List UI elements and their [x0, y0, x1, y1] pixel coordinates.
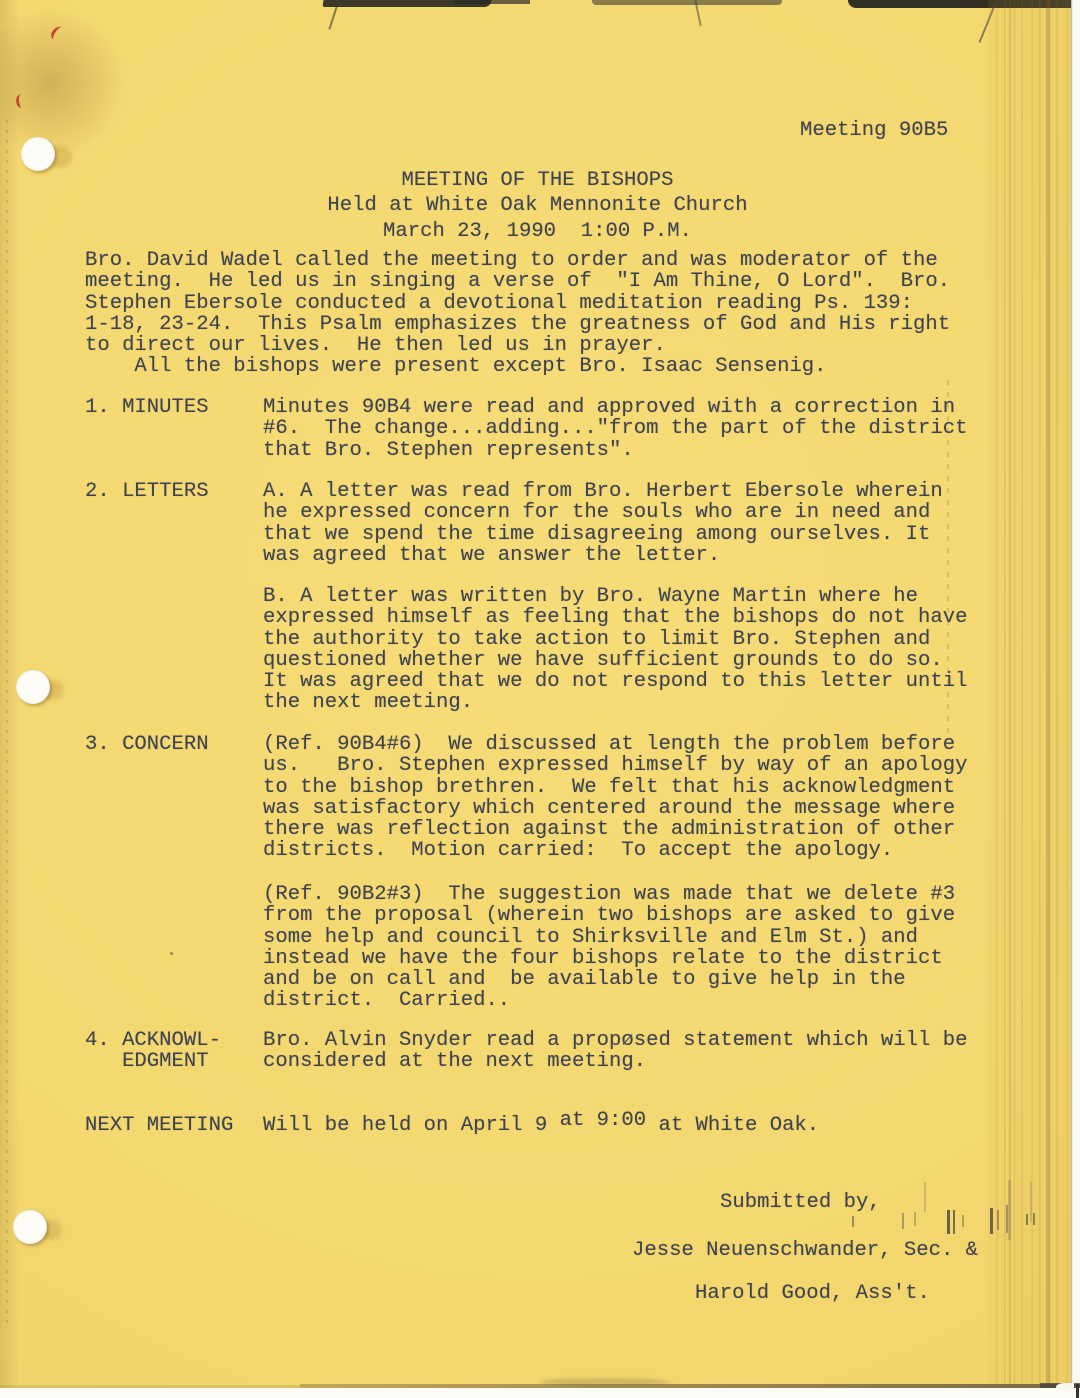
right-page-edge: [1071, 0, 1080, 1386]
right-scan-streaks: [988, 0, 1072, 1388]
ink-mark: [962, 1215, 964, 1227]
ink-mark: [953, 1210, 955, 1234]
next-meeting-text-raised: at 9:00: [560, 1109, 647, 1132]
ink-mark: [914, 1212, 916, 1226]
section-concern-paragraph-1: (Ref. 90B4#6) We discussed at length the…: [263, 734, 967, 862]
signature-submitted-by: Submitted by,: [720, 1192, 881, 1213]
ink-mark: [997, 1210, 999, 1230]
section-concern-paragraph-2: (Ref. 90B2#3) The suggestion was made th…: [263, 884, 955, 1012]
ink-mark: [852, 1216, 854, 1227]
next-meeting-text: Will be held on April 9 at 9:00 at White…: [263, 1115, 819, 1136]
punch-hole: [16, 670, 50, 704]
section-letters-paragraph-b: B. A letter was written by Bro. Wayne Ma…: [263, 586, 967, 714]
section-acknowledgment-text: Bro. Alvin Snyder read a propøsed statem…: [263, 1030, 967, 1073]
next-meeting-text-after: at White Oak.: [646, 1114, 819, 1137]
section-acknowledgment-label: 4. ACKNOWL- EDGMENT: [85, 1030, 263, 1073]
ink-mark: [1026, 1214, 1028, 1225]
document-title: MEETING OF THE BISHOPS Held at White Oak…: [85, 168, 990, 244]
top-edge-smudge: [455, 0, 530, 4]
signature-secretary: Jesse Neuenschwander, Sec. &: [632, 1240, 978, 1261]
left-edge-shade: [0, 0, 20, 1398]
section-minutes-text: Minutes 90B4 were read and approved with…: [263, 397, 967, 461]
section-letters-paragraph-a: A. A letter was read from Bro. Herbert E…: [263, 481, 943, 566]
next-meeting-text-before: Will be held on April 9: [263, 1114, 560, 1137]
next-meeting: NEXT MEETING Will be held on April 9 at …: [85, 1115, 819, 1136]
punch-hole: [21, 137, 55, 171]
ink-streak: [1008, 1180, 1011, 1240]
next-meeting-label: NEXT MEETING: [85, 1115, 263, 1136]
section-concern-label-spacer: [85, 884, 263, 1012]
bottom-white-strip: [0, 1388, 1080, 1398]
section-letters-continued: B. A letter was written by Bro. Wayne Ma…: [85, 586, 967, 714]
red-pen-mark: [15, 93, 28, 108]
top-edge-smudge: [592, 0, 782, 5]
ink-streak: [924, 1182, 926, 1212]
ink-mark: [990, 1208, 993, 1234]
section-acknowledgment: 4. ACKNOWL- EDGMENT Bro. Alvin Snyder re…: [85, 1030, 967, 1073]
bottom-corner-white: [1056, 1383, 1074, 1391]
section-minutes: 1. MINUTES Minutes 90B4 were read and ap…: [85, 397, 967, 461]
punch-hole: [13, 1210, 47, 1244]
ink-mark: [1033, 1213, 1035, 1225]
signature-assistant: Harold Good, Ass't.: [695, 1283, 930, 1304]
ink-mark: [947, 1210, 950, 1234]
section-letters-label-spacer: [85, 586, 263, 714]
section-letters: 2. LETTERS A. A letter was read from Bro…: [85, 481, 943, 566]
section-letters-label: 2. LETTERS: [85, 481, 263, 566]
section-concern: 3. CONCERN (Ref. 90B4#6) We discussed at…: [85, 734, 967, 862]
document-id: Meeting 90B5: [800, 120, 948, 141]
title-line-meeting: MEETING OF THE BISHOPS: [85, 168, 990, 193]
title-line-datetime: March 23, 1990 1:00 P.M.: [85, 219, 990, 244]
left-edge-dotted-line: [6, 120, 8, 1330]
ink-mark: [902, 1213, 904, 1229]
section-concern-continued: (Ref. 90B2#3) The suggestion was made th…: [85, 884, 955, 1012]
opening-paragraph: Bro. David Wadel called the meeting to o…: [85, 250, 950, 378]
section-concern-label: 3. CONCERN: [85, 734, 263, 862]
title-line-location: Held at White Oak Mennonite Church: [85, 193, 990, 218]
ink-streak: [1030, 1182, 1032, 1222]
section-minutes-label: 1. MINUTES: [85, 397, 263, 461]
right-scan-streak-strong: [1046, 0, 1050, 1388]
bottom-corner-tick: [1076, 1384, 1079, 1398]
